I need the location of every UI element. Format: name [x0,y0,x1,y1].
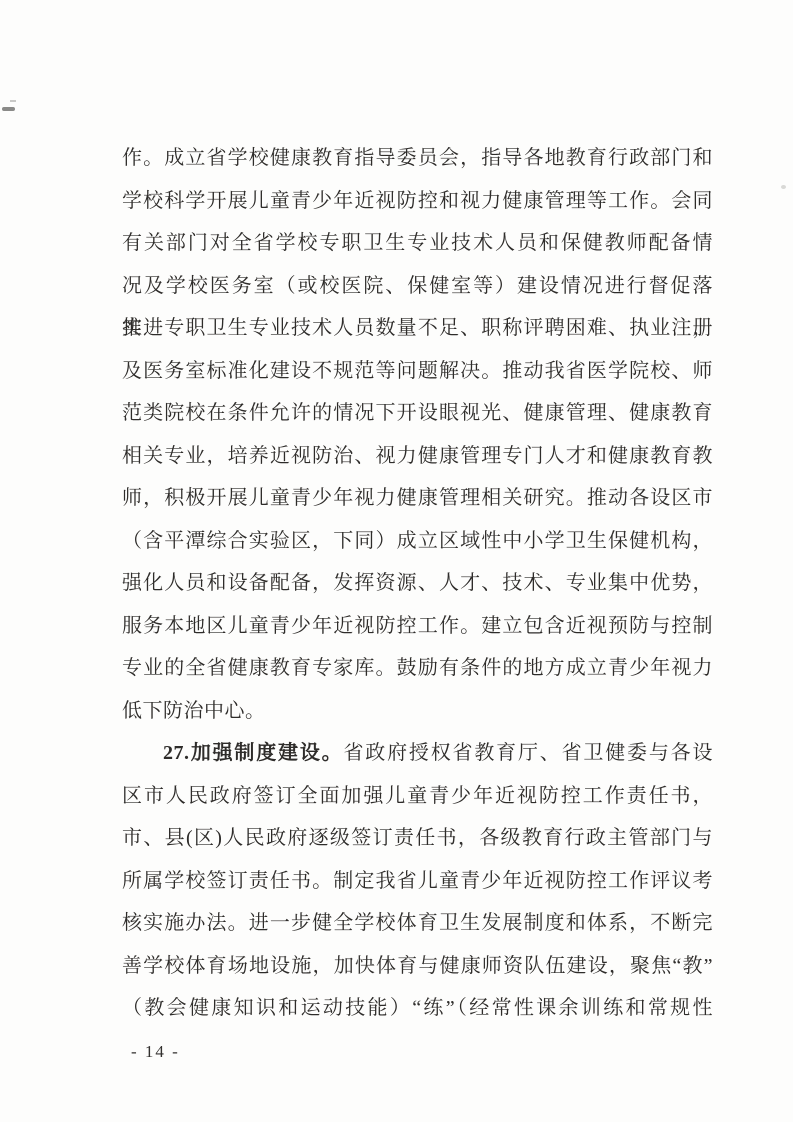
text-line: 所属学校签订责任书。制定我省儿童青少年近视防控工作评议考 [122,860,713,903]
text-line: 范类院校在条件允许的情况下开设眼视光、健康管理、健康教育 [122,392,713,435]
text-line-paragraph-start: 27.加强制度建设。省政府授权省教育厅、省卫健委与各设 [122,732,713,775]
text-line: 况及学校医务室（或校医院、保健室等）建设情况进行督促落实， [122,265,713,308]
text-line: 低下防治中心。 [122,690,713,733]
page-number: - 14 - [131,1042,180,1062]
text-line: 及医务室标准化建设不规范等问题解决。推动我省医学院校、师 [122,350,713,393]
text-line: 推进专职卫生专业技术人员数量不足、职称评聘困难、执业注册 [122,307,713,350]
text-line: 专业的全省健康教育专家库。鼓励有条件的地方成立青少年视力 [122,647,713,690]
body-text: 作。成立省学校健康教育指导委员会，指导各地教育行政部门和 学校科学开展儿童青少年… [122,137,713,1030]
text-line: 有关部门对全省学校专职卫生专业技术人员和保健教师配备情 [122,222,713,265]
text-line: 作。成立省学校健康教育指导委员会，指导各地教育行政部门和 [122,137,713,180]
text-line: 善学校体育场地设施，加快体育与健康师资队伍建设，聚焦“教” [122,945,713,988]
text-line: 学校科学开展儿童青少年近视防控和视力健康管理等工作。会同 [122,180,713,223]
text-line: 强化人员和设备配备，发挥资源、人才、技术、专业集中优势， [122,562,713,605]
text-line: 区市人民政府签订全面加强儿童青少年近视防控工作责任书， [122,775,713,818]
text-line: 服务本地区儿童青少年近视防控工作。建立包含近视预防与控制 [122,605,713,648]
text-line: 师，积极开展儿童青少年视力健康管理相关研究。推动各设区市 [122,477,713,520]
text-line: 相关专业，培养近视防治、视力健康管理专门人才和健康教育教 [122,435,713,478]
document-page: 作。成立省学校健康教育指导委员会，指导各地教育行政部门和 学校科学开展儿童青少年… [0,0,793,1122]
text-line: 核实施办法。进一步健全学校体育卫生发展制度和体系，不断完 [122,902,713,945]
section-lead-text: 省政府授权省教育厅、省卫健委与各设 [344,742,714,764]
text-line: （教会健康知识和运动技能）“练”（经常性课余训练和常规性 [122,987,713,1030]
section-heading: 27.加强制度建设。 [163,742,344,764]
text-line: （含平潭综合实验区，下同）成立区域性中小学卫生保健机构， [122,520,713,563]
scan-artifact-left [2,107,15,111]
scan-artifact-right [781,185,786,189]
text-line: 市、县(区)人民政府逐级签订责任书，各级教育行政主管部门与 [122,817,713,860]
